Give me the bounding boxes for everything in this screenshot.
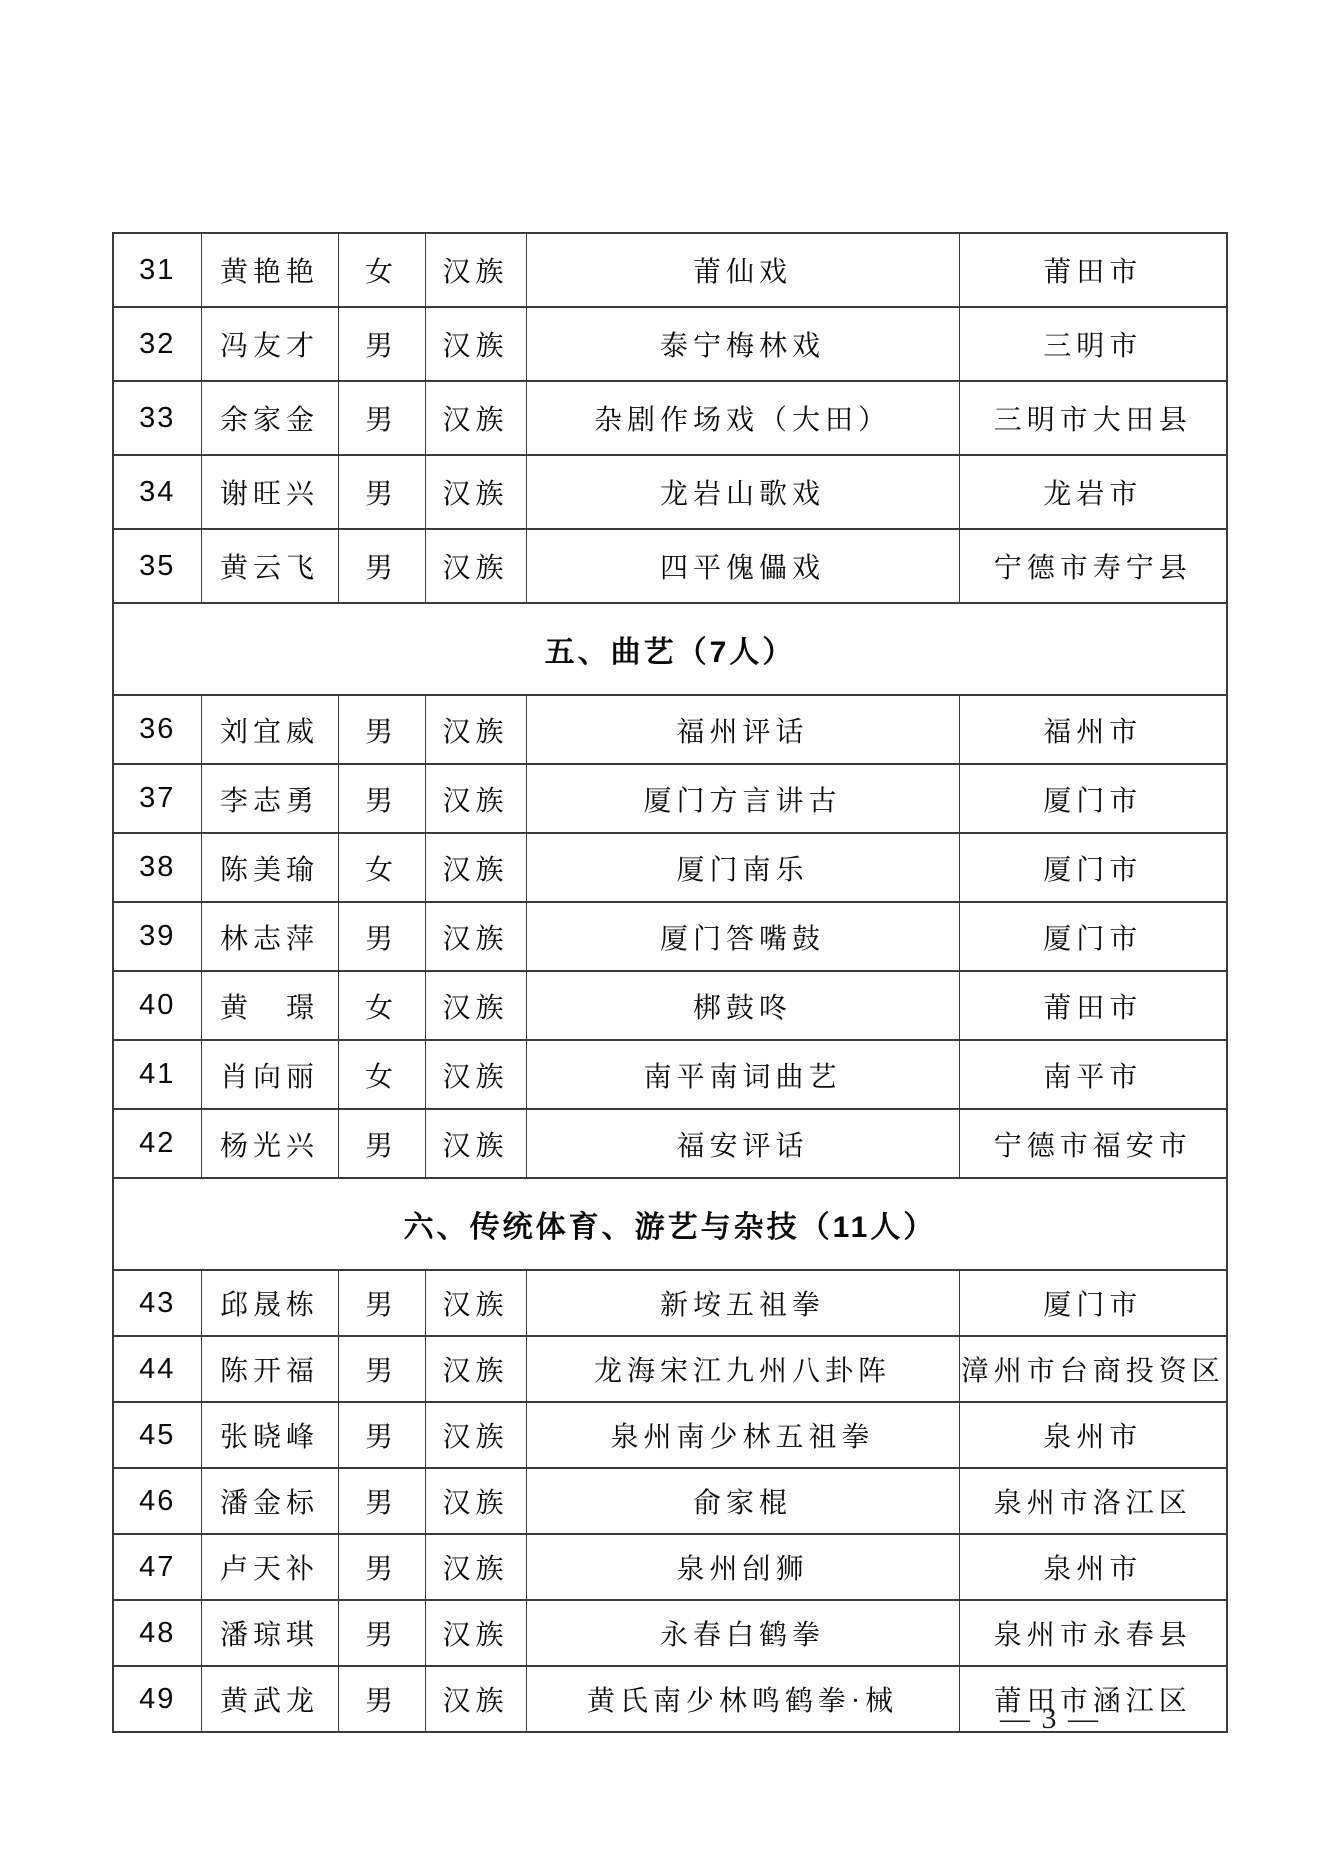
ethnicity-cell: 汉族: [425, 233, 526, 307]
person-name-cell: 黄艳艳: [201, 233, 338, 307]
project-cell: 福州评话: [526, 695, 959, 764]
project-cell: 厦门方言讲古: [526, 764, 959, 833]
ethnicity-cell: 汉族: [425, 307, 526, 381]
table-row: 43邱晟栋男汉族新垵五祖拳厦门市: [113, 1270, 1227, 1336]
project-cell: 俞家棍: [526, 1468, 959, 1534]
table-row: 42杨光兴男汉族福安评话宁德市福安市: [113, 1109, 1227, 1178]
row-index-cell: 48: [113, 1600, 201, 1666]
ethnicity-cell: 汉族: [425, 695, 526, 764]
region-cell: 泉州市永春县: [959, 1600, 1227, 1666]
gender-cell: 男: [338, 307, 425, 381]
table-row: 41肖向丽女汉族南平南词曲艺南平市: [113, 1040, 1227, 1109]
region-cell: 厦门市: [959, 902, 1227, 971]
project-cell: 龙海宋江九州八卦阵: [526, 1336, 959, 1402]
region-cell: 泉州市: [959, 1534, 1227, 1600]
person-name-cell: 邱晟栋: [201, 1270, 338, 1336]
gender-cell: 男: [338, 1468, 425, 1534]
table-row: 31黄艳艳女汉族莆仙戏莆田市: [113, 233, 1227, 307]
ethnicity-cell: 汉族: [425, 1402, 526, 1468]
row-index-cell: 38: [113, 833, 201, 902]
gender-cell: 男: [338, 1109, 425, 1178]
section-row: 五、曲艺（7人）: [113, 603, 1227, 695]
gender-cell: 女: [338, 833, 425, 902]
person-name-cell: 林志萍: [201, 902, 338, 971]
table-row: 44陈开福男汉族龙海宋江九州八卦阵漳州市台商投资区: [113, 1336, 1227, 1402]
row-index-cell: 46: [113, 1468, 201, 1534]
person-name-cell: 余家金: [201, 381, 338, 455]
table-row: 34谢旺兴男汉族龙岩山歌戏龙岩市: [113, 455, 1227, 529]
region-cell: 泉州市洛江区: [959, 1468, 1227, 1534]
ethnicity-cell: 汉族: [425, 1666, 526, 1732]
gender-cell: 男: [338, 1534, 425, 1600]
row-index-cell: 33: [113, 381, 201, 455]
gender-cell: 女: [338, 233, 425, 307]
person-name-cell: 张晓峰: [201, 1402, 338, 1468]
project-cell: 黄氏南少林鸣鹤拳·械: [526, 1666, 959, 1732]
table-row: 35黄云飞男汉族四平傀儡戏宁德市寿宁县: [113, 529, 1227, 603]
project-cell: 厦门答嘴鼓: [526, 902, 959, 971]
region-cell: 莆田市: [959, 233, 1227, 307]
gender-cell: 男: [338, 1402, 425, 1468]
project-cell: 福安评话: [526, 1109, 959, 1178]
ethnicity-cell: 汉族: [425, 1600, 526, 1666]
region-cell: 泉州市: [959, 1402, 1227, 1468]
person-name-cell: 杨光兴: [201, 1109, 338, 1178]
region-cell: 莆田市: [959, 971, 1227, 1040]
page-number: — 3 —: [955, 1702, 1145, 1736]
row-index-cell: 36: [113, 695, 201, 764]
gender-cell: 男: [338, 1666, 425, 1732]
table-row: 39林志萍男汉族厦门答嘴鼓厦门市: [113, 902, 1227, 971]
person-name-cell: 陈开福: [201, 1336, 338, 1402]
project-cell: 永春白鹤拳: [526, 1600, 959, 1666]
section-header: 五、曲艺（7人）: [113, 603, 1227, 695]
row-index-cell: 32: [113, 307, 201, 381]
row-index-cell: 47: [113, 1534, 201, 1600]
row-index-cell: 35: [113, 529, 201, 603]
section-header: 六、传统体育、游艺与杂技（11人）: [113, 1178, 1227, 1270]
row-index-cell: 45: [113, 1402, 201, 1468]
person-name-cell: 陈美瑜: [201, 833, 338, 902]
ethnicity-cell: 汉族: [425, 529, 526, 603]
person-name-cell: 黄云飞: [201, 529, 338, 603]
region-cell: 南平市: [959, 1040, 1227, 1109]
row-index-cell: 49: [113, 1666, 201, 1732]
person-name-cell: 黄武龙: [201, 1666, 338, 1732]
row-index-cell: 43: [113, 1270, 201, 1336]
region-cell: 福州市: [959, 695, 1227, 764]
project-cell: 梆鼓咚: [526, 971, 959, 1040]
row-index-cell: 39: [113, 902, 201, 971]
project-cell: 泰宁梅林戏: [526, 307, 959, 381]
project-cell: 泉州南少林五祖拳: [526, 1402, 959, 1468]
region-cell: 三明市: [959, 307, 1227, 381]
ethnicity-cell: 汉族: [425, 381, 526, 455]
region-cell: 宁德市福安市: [959, 1109, 1227, 1178]
region-cell: 厦门市: [959, 1270, 1227, 1336]
table-row: 47卢天补男汉族泉州刣狮泉州市: [113, 1534, 1227, 1600]
section-row: 六、传统体育、游艺与杂技（11人）: [113, 1178, 1227, 1270]
row-index-cell: 40: [113, 971, 201, 1040]
ethnicity-cell: 汉族: [425, 902, 526, 971]
project-cell: 四平傀儡戏: [526, 529, 959, 603]
ethnicity-cell: 汉族: [425, 764, 526, 833]
ethnicity-cell: 汉族: [425, 1270, 526, 1336]
gender-cell: 男: [338, 764, 425, 833]
project-cell: 南平南词曲艺: [526, 1040, 959, 1109]
region-cell: 三明市大田县: [959, 381, 1227, 455]
table-row: 33余家金男汉族杂剧作场戏（大田）三明市大田县: [113, 381, 1227, 455]
table-row: 46潘金标男汉族俞家棍泉州市洛江区: [113, 1468, 1227, 1534]
gender-cell: 男: [338, 1336, 425, 1402]
project-cell: 龙岩山歌戏: [526, 455, 959, 529]
table-row: 40黄 璟女汉族梆鼓咚莆田市: [113, 971, 1227, 1040]
person-name-cell: 潘琼琪: [201, 1600, 338, 1666]
gender-cell: 男: [338, 529, 425, 603]
table-row: 45张晓峰男汉族泉州南少林五祖拳泉州市: [113, 1402, 1227, 1468]
row-index-cell: 34: [113, 455, 201, 529]
table-row: 32冯友才男汉族泰宁梅林戏三明市: [113, 307, 1227, 381]
row-index-cell: 42: [113, 1109, 201, 1178]
person-name-cell: 潘金标: [201, 1468, 338, 1534]
project-cell: 杂剧作场戏（大田）: [526, 381, 959, 455]
ethnicity-cell: 汉族: [425, 1040, 526, 1109]
gender-cell: 男: [338, 902, 425, 971]
gender-cell: 男: [338, 381, 425, 455]
ethnicity-cell: 汉族: [425, 1534, 526, 1600]
row-index-cell: 44: [113, 1336, 201, 1402]
person-name-cell: 卢天补: [201, 1534, 338, 1600]
ethnicity-cell: 汉族: [425, 1468, 526, 1534]
project-cell: 厦门南乐: [526, 833, 959, 902]
inheritors-table: 31黄艳艳女汉族莆仙戏莆田市32冯友才男汉族泰宁梅林戏三明市33余家金男汉族杂剧…: [112, 232, 1228, 1733]
ethnicity-cell: 汉族: [425, 833, 526, 902]
gender-cell: 女: [338, 1040, 425, 1109]
ethnicity-cell: 汉族: [425, 971, 526, 1040]
project-cell: 泉州刣狮: [526, 1534, 959, 1600]
person-name-cell: 李志勇: [201, 764, 338, 833]
region-cell: 龙岩市: [959, 455, 1227, 529]
ethnicity-cell: 汉族: [425, 1109, 526, 1178]
ethnicity-cell: 汉族: [425, 1336, 526, 1402]
gender-cell: 女: [338, 971, 425, 1040]
gender-cell: 男: [338, 1600, 425, 1666]
person-name-cell: 黄 璟: [201, 971, 338, 1040]
row-index-cell: 37: [113, 764, 201, 833]
person-name-cell: 谢旺兴: [201, 455, 338, 529]
gender-cell: 男: [338, 695, 425, 764]
document-page: 31黄艳艳女汉族莆仙戏莆田市32冯友才男汉族泰宁梅林戏三明市33余家金男汉族杂剧…: [0, 0, 1323, 1871]
person-name-cell: 冯友才: [201, 307, 338, 381]
region-cell: 宁德市寿宁县: [959, 529, 1227, 603]
gender-cell: 男: [338, 455, 425, 529]
table-row: 38陈美瑜女汉族厦门南乐厦门市: [113, 833, 1227, 902]
region-cell: 厦门市: [959, 833, 1227, 902]
inheritors-table-grid: 31黄艳艳女汉族莆仙戏莆田市32冯友才男汉族泰宁梅林戏三明市33余家金男汉族杂剧…: [112, 232, 1228, 1733]
person-name-cell: 刘宜威: [201, 695, 338, 764]
ethnicity-cell: 汉族: [425, 455, 526, 529]
table-row: 48潘琼琪男汉族永春白鹤拳泉州市永春县: [113, 1600, 1227, 1666]
project-cell: 莆仙戏: [526, 233, 959, 307]
row-index-cell: 31: [113, 233, 201, 307]
table-row: 37李志勇男汉族厦门方言讲古厦门市: [113, 764, 1227, 833]
region-cell: 厦门市: [959, 764, 1227, 833]
gender-cell: 男: [338, 1270, 425, 1336]
row-index-cell: 41: [113, 1040, 201, 1109]
project-cell: 新垵五祖拳: [526, 1270, 959, 1336]
person-name-cell: 肖向丽: [201, 1040, 338, 1109]
table-row: 36刘宜威男汉族福州评话福州市: [113, 695, 1227, 764]
region-cell: 漳州市台商投资区: [959, 1336, 1227, 1402]
